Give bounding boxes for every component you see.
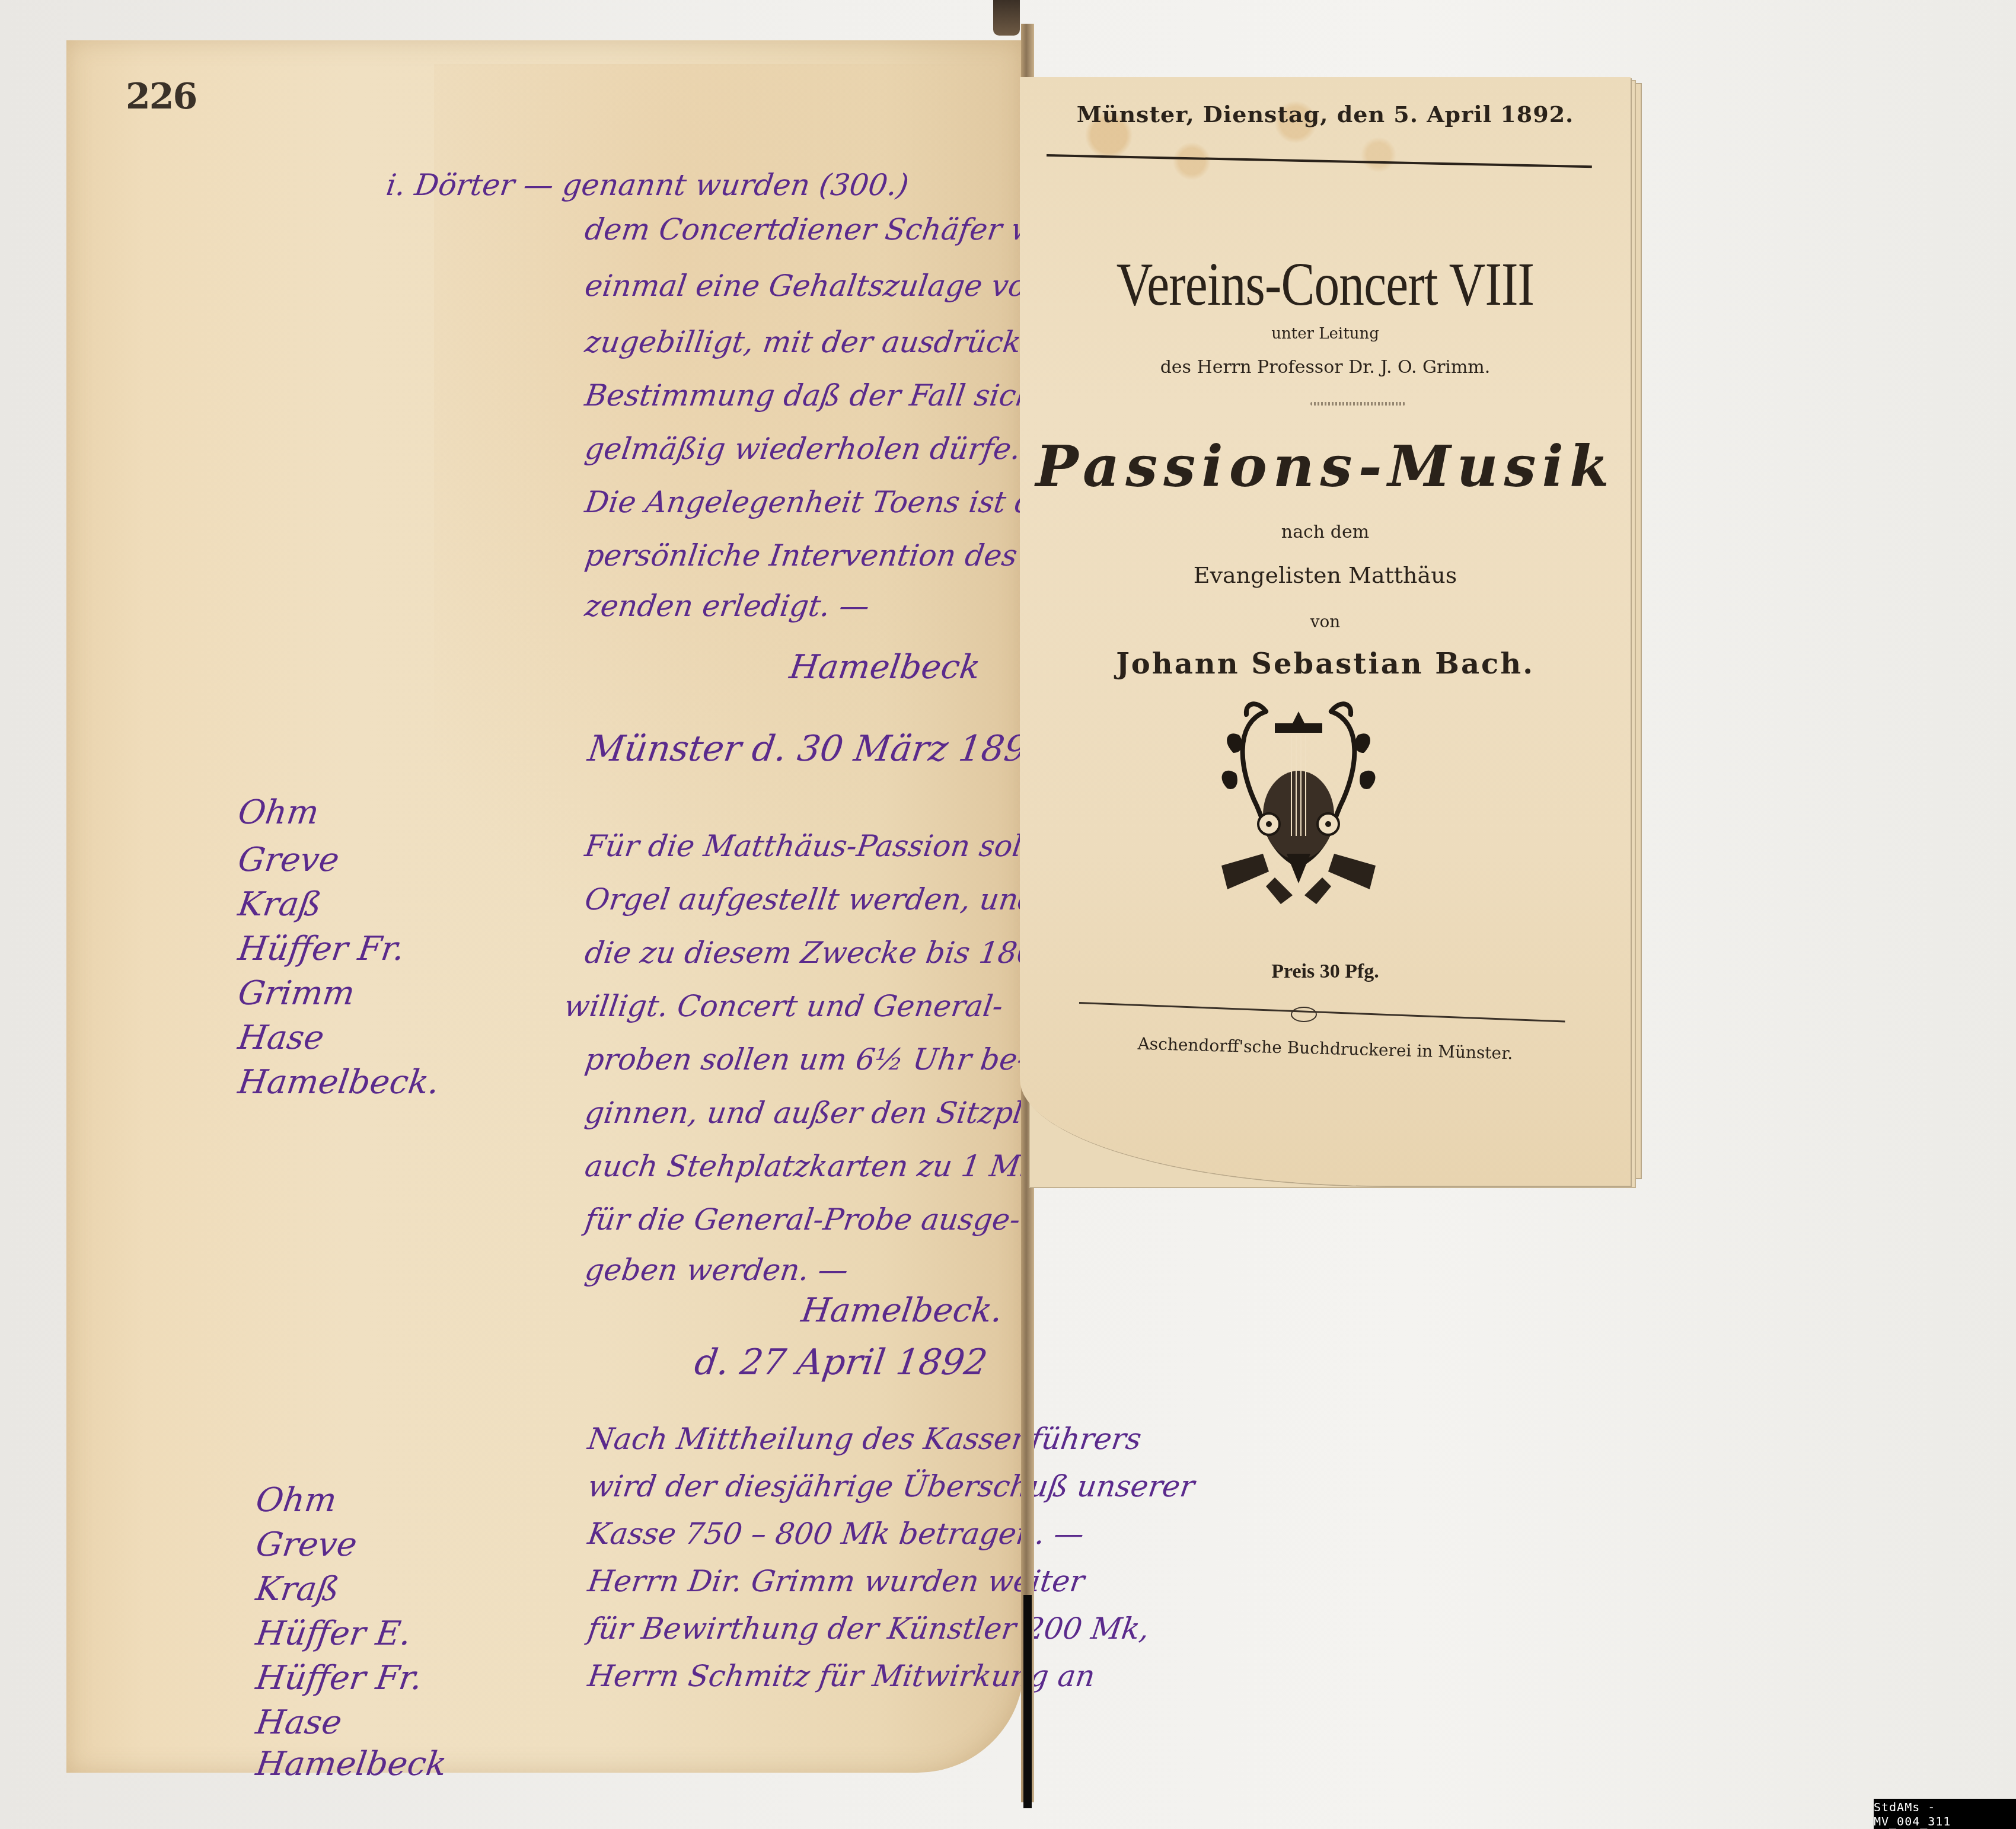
evangelist-text: Evangelisten Matthäus — [1020, 562, 1631, 588]
attendee-name: Kraß — [253, 1570, 342, 1608]
ornamental-rule — [1079, 1002, 1565, 1022]
concert-title: Vereins-Concert VIII — [1075, 249, 1576, 320]
attendee-name: Hamelbeck — [253, 1745, 449, 1783]
work-title: Passions-Musik — [1020, 433, 1631, 500]
attendee-name: Hase — [235, 1019, 326, 1057]
attendee-name: Ohm — [235, 793, 321, 832]
handwritten-line: wird der diesjährige Überschuß unserer — [586, 1469, 1197, 1504]
von-text: von — [1020, 612, 1631, 631]
handwritten-line: geben werden. — — [583, 1253, 850, 1287]
rule-knot-ornament — [1291, 1007, 1317, 1022]
handwritten-line: proben sollen um 6½ Uhr be- — [583, 1042, 1030, 1077]
handwritten-line: für die General-Probe ausge- — [583, 1202, 1022, 1237]
signature: Hamelbeck — [787, 648, 983, 687]
handwritten-line: auch Stehplatzkarten zu 1 Mk — [583, 1149, 1041, 1183]
handwritten-line: Nach Mittheilung des Kassenführers — [586, 1422, 1144, 1456]
lyre-ornament-icon — [1210, 688, 1387, 913]
price-label: Preis 30 Pfg. — [1020, 960, 1631, 983]
entry-date: Münster d. 30 März 1892 — [585, 728, 1052, 770]
attendee-name: Hüffer Fr. — [235, 930, 407, 968]
handwritten-line: Kasse 750 – 800 Mk betragen. — — [586, 1517, 1086, 1551]
handwritten-line: willigt. Concert und General- — [562, 989, 1005, 1023]
ornamental-divider — [1310, 402, 1405, 406]
page-number: 226 — [126, 76, 196, 117]
under-direction-text: unter Leitung — [1020, 325, 1631, 343]
attendee-name: Hüffer Fr. — [253, 1659, 425, 1697]
handwritten-line: zenden erledigt. — — [583, 589, 872, 623]
handwritten-line: gelmäßig wiederholen dürfe. — — [583, 432, 1062, 466]
manuscript-page: 226 i. Dörter — genannt wurden (300.) de… — [66, 40, 1024, 1773]
nach-dem-text: nach dem — [1020, 522, 1631, 542]
attendee-name: Greve — [253, 1525, 359, 1564]
signature: Hamelbeck. — [799, 1291, 1005, 1330]
attendee-name: Hüffer E. — [253, 1614, 413, 1653]
conductor-name: des Herrn Professor Dr. J. O. Grimm. — [1020, 357, 1631, 378]
book-headband — [993, 0, 1020, 36]
attendee-name: Ohm — [253, 1481, 339, 1520]
archive-reference-label: StdAMs - MV_004_311 — [1874, 1799, 2016, 1829]
program-date: Münster, Dienstag, den 5. April 1892. — [1020, 101, 1631, 127]
attendee-name: Hamelbeck. — [235, 1063, 442, 1102]
binding-shadow — [1023, 1595, 1032, 1808]
handwritten-line: Herrn Dir. Grimm wurden weiter — [586, 1564, 1087, 1598]
printer-imprint: Aschendorff'sche Buchdruckerei in Münste… — [1020, 1031, 1631, 1067]
attendee-name: Greve — [235, 841, 342, 879]
attendee-name: Grimm — [235, 974, 357, 1013]
concert-program-pamphlet: Münster, Dienstag, den 5. April 1892. Ve… — [1020, 77, 1631, 1186]
composer-name: Johann Sebastian Bach. — [1020, 647, 1631, 681]
handwritten-line: i. Dörter — genannt wurden (300.) — [384, 168, 911, 202]
attendee-name: Hase — [253, 1703, 344, 1742]
handwritten-line: für Bewirthung der Künstler 200 Mk, — [586, 1611, 1151, 1646]
entry-date: d. 27 April 1892 — [692, 1342, 990, 1383]
attendee-name: Kraß — [235, 885, 324, 924]
